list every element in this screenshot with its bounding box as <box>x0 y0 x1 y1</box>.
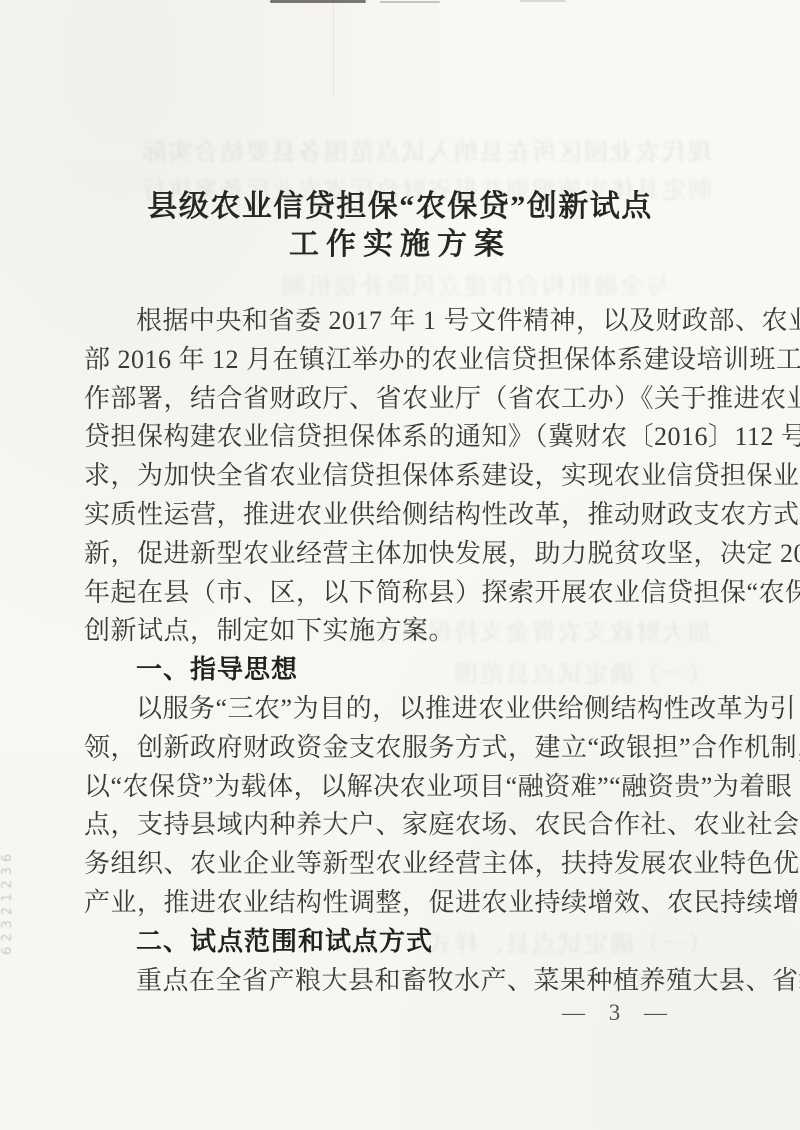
body-line: 根据中央和省委 2017 年 1 号文件精神，以及财政部、农业 <box>84 302 716 341</box>
document-title: 县级农业信贷担保“农保贷”创新试点 工作实施方案 <box>84 188 716 264</box>
body-line: 以服务“三农”为目的，以推进农业供给侧结构性改革为引 <box>84 690 716 729</box>
scan-edge-artifact <box>270 0 366 3</box>
margin-pencil-note: 62321236 <box>0 755 18 955</box>
section-heading-2: 二、试点范围和试点方式 <box>84 923 716 962</box>
scan-edge-artifact <box>520 0 566 2</box>
body-line: 创新试点，制定如下实施方案。 <box>84 612 716 651</box>
document-page: 现代农业园区所在县纳入试点范围各县要结合实际 制定具体实施细则并报省财政厅省农业… <box>0 0 800 1130</box>
body-line: 新，促进新型农业经营主体加快发展，助力脱贫攻坚，决定 2017 <box>84 535 716 574</box>
scan-edge-artifact <box>380 1 440 3</box>
body-line: 领，创新政府财政资金支农服务方式，建立“政银担”合作机制， <box>84 729 716 768</box>
fold-crease <box>333 0 334 96</box>
body-line: 以“农保贷”为载体，以解决农业项目“融资难”“融资贵”为着眼 <box>84 768 716 807</box>
body-line: 贷担保构建农业信贷担保体系的通知》（冀财农〔2016〕112 号）要 <box>84 418 716 457</box>
bleedthrough-line: 与金融机构合作建立风险补偿机制 <box>130 266 670 301</box>
bleedthrough-line: 现代农业园区所在县纳入试点范围各县要结合实际 <box>88 132 712 167</box>
title-line-1: 县级农业信贷担保“农保贷”创新试点 <box>84 188 716 226</box>
title-line-2: 工作实施方案 <box>84 226 716 264</box>
document-body: 根据中央和省委 2017 年 1 号文件精神，以及财政部、农业 部 2016 年… <box>84 302 716 1000</box>
body-line: 务组织、农业企业等新型农业经营主体，扶持发展农业特色优势 <box>84 845 716 884</box>
body-line: 重点在全省产粮大县和畜牧水产、菜果种植养殖大县、省级 <box>84 962 716 1001</box>
section-heading-1: 一、指导思想 <box>84 651 716 690</box>
page-number: — 3 — <box>562 1000 676 1026</box>
body-line: 点，支持县域内种养大户、家庭农场、农民合作社、农业社会化服 <box>84 806 716 845</box>
body-line: 产业，推进农业结构性调整，促进农业持续增效、农民持续增收。 <box>84 884 716 923</box>
body-line: 求，为加快全省农业信贷担保体系建设，实现农业信贷担保业务 <box>84 457 716 496</box>
body-line: 实质性运营，推进农业供给侧结构性改革，推动财政支农方式创 <box>84 496 716 535</box>
body-line: 作部署，结合省财政厅、省农业厅（省农工办）《关于推进农业信 <box>84 380 716 419</box>
body-line: 年起在县（市、区，以下简称县）探索开展农业信贷担保“农保贷” <box>84 574 716 613</box>
body-line: 部 2016 年 12 月在镇江举办的农业信贷担保体系建设培训班工 <box>84 341 716 380</box>
